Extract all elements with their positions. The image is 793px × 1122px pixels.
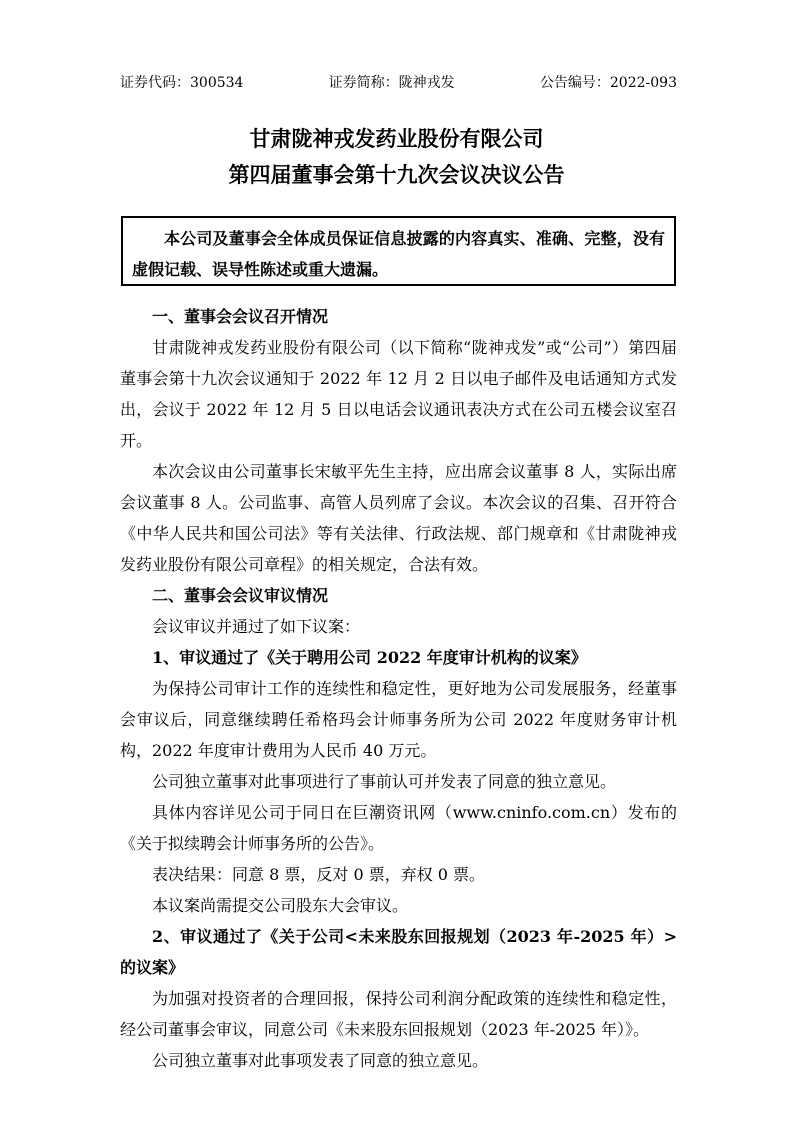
document-body: 一、董事会会议召开情况 甘肃陇神戎发药业股份有限公司（以下简称“陇神戎发”或“公… [120, 301, 677, 1076]
section1-paragraph-1: 甘肃陇神戎发药业股份有限公司（以下简称“陇神戎发”或“公司”）第四届董事会第十九… [120, 332, 677, 456]
stock-abbr-label: 证券简称：陇神戎发 [329, 74, 455, 92]
item2-paragraph-2: 公司独立董事对此事项发表了同意的独立意见。 [120, 1045, 677, 1076]
company-name-title: 甘肃陇神戎发药业股份有限公司 [0, 121, 793, 157]
disclaimer-text: 本公司及董事会全体成员保证信息披露的内容真实、准确、完整，没有虚假记载、误导性陈… [132, 223, 665, 285]
item1-vote-result: 表决结果：同意 8 票，反对 0 票，弃权 0 票。 [120, 859, 677, 890]
announcement-number-label: 公告编号：2022-093 [540, 74, 677, 92]
document-header-row: 证券代码：300534 证券简称：陇神戎发 公告编号：2022-093 [120, 74, 677, 92]
item1-note: 本议案尚需提交公司股东大会审议。 [120, 890, 677, 921]
item2-heading: 2、审议通过了《关于公司<未来股东回报规划（2023 年-2025 年）>的议案… [120, 921, 677, 983]
section1-paragraph-2: 本次会议由公司董事长宋敏平先生主持，应出席会议董事 8 人，实际出席会议董事 8… [120, 456, 677, 580]
section1-heading: 一、董事会会议召开情况 [120, 301, 677, 332]
stock-code-label: 证券代码：300534 [120, 74, 243, 92]
meeting-resolution-title: 第四届董事会第十九次会议决议公告 [0, 157, 793, 193]
item1-heading: 1、审议通过了《关于聘用公司 2022 年度审计机构的议案》 [120, 642, 677, 673]
item1-paragraph-3: 具体内容详见公司于同日在巨潮资讯网（www.cninfo.com.cn）发布的《… [120, 797, 677, 859]
document-title: 甘肃陇神戎发药业股份有限公司 第四届董事会第十九次会议决议公告 [0, 121, 793, 193]
section2-intro: 会议审议并通过了如下议案： [120, 611, 677, 642]
announcement-document-page: 证券代码：300534 证券简称：陇神戎发 公告编号：2022-093 甘肃陇神… [0, 0, 793, 1122]
disclaimer-box: 本公司及董事会全体成员保证信息披露的内容真实、准确、完整，没有虚假记载、误导性陈… [121, 216, 676, 286]
section2-heading: 二、董事会会议审议情况 [120, 580, 677, 611]
item2-paragraph-1: 为加强对投资者的合理回报，保持公司利润分配政策的连续性和稳定性，经公司董事会审议… [120, 983, 677, 1045]
item1-paragraph-2: 公司独立董事对此事项进行了事前认可并发表了同意的独立意见。 [120, 766, 677, 797]
item1-paragraph-1: 为保持公司审计工作的连续性和稳定性，更好地为公司发展服务，经董事会审议后，同意继… [120, 673, 677, 766]
